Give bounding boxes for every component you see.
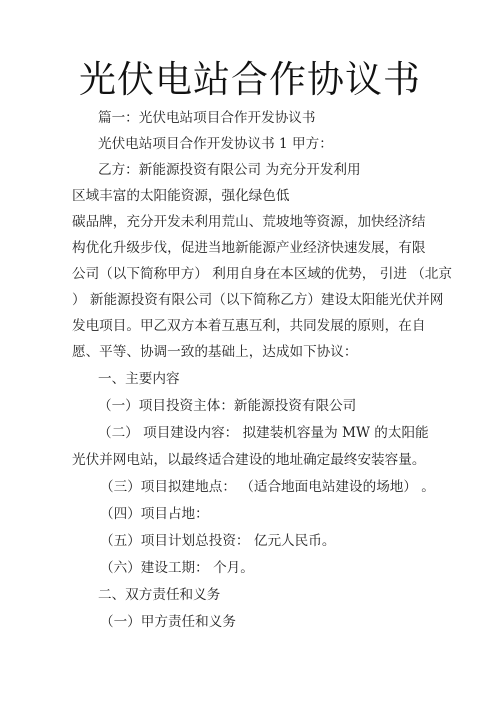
clause-location: （三）项目拟建地点： （适合地面电站建设的场地） 。 xyxy=(100,477,435,497)
paragraph-line: ） 新能源投资有限公司（以下简称乙方）建设太阳能光伏并网 xyxy=(72,290,443,310)
document-page: 光伏电站合作协议书 篇一：光伏电站项目合作开发协议书 光伏电站项目合作开发协议书… xyxy=(0,0,500,708)
line-party-a: 光伏电站项目合作开发协议书 1 甲方： xyxy=(98,134,333,154)
clause-construction-period: （六）建设工期： 个月。 xyxy=(100,558,254,578)
paragraph-line: 区域丰富的太阳能资源，强化绿色低 xyxy=(72,186,290,206)
section-heading-responsibilities: 二、双方责任和义务 xyxy=(98,585,220,605)
clause-land: （四）项目占地： xyxy=(100,504,209,524)
clause-construction-content: （二） 项目建设内容： 拟建装机容量为 MW 的太阳能 xyxy=(98,423,429,443)
paragraph-line: 愿、平等、协调一致的基础上，达成如下协议： xyxy=(72,342,357,362)
line-party-b: 乙方：新能源投资有限公司 为充分开发利用 xyxy=(98,160,361,180)
clause-party-a-responsibilities: （一）甲方责任和义务 xyxy=(100,612,236,632)
clause-construction-content-cont: 光伏并网电站，以最终适合建设的地址确定最终安装容量。 xyxy=(72,450,425,470)
paragraph-line: 公司（以下简称甲方） 利用自身在本区域的优势， 引进 （北京 xyxy=(72,264,452,284)
clause-investor: （一）项目投资主体：新能源投资有限公司 xyxy=(98,396,356,416)
document-title: 光伏电站合作协议书 xyxy=(0,56,500,104)
clause-investment: （五）项目计划总投资： 亿元人民币。 xyxy=(100,531,335,551)
section-heading-main-content: 一、主要内容 xyxy=(98,369,180,389)
paragraph-line: 发电项目。甲乙双方本着互惠互利，共同发展的原则，在自 xyxy=(72,316,425,336)
paragraph-line: 构优化升级步伐，促进当地新能源产业经济快速发展，有限 xyxy=(72,238,425,258)
paragraph-line: 碳品牌，充分开发未利用荒山、荒坡地等资源，加快经济结 xyxy=(72,212,425,232)
line-article-heading: 篇一：光伏电站项目合作开发协议书 xyxy=(98,108,316,128)
